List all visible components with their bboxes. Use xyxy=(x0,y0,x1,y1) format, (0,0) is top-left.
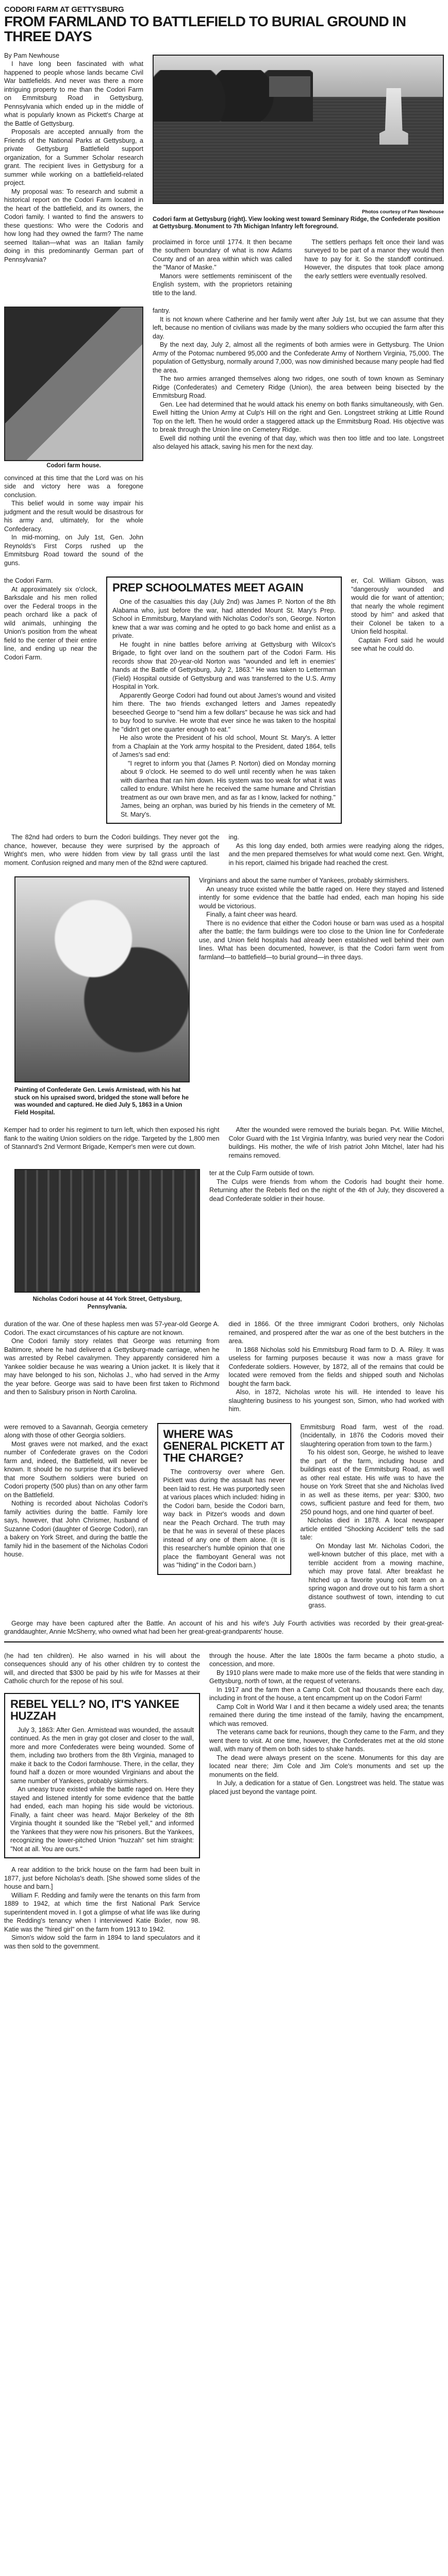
paragraph: Simon's widow sold the farm in 1894 to l… xyxy=(4,1934,200,1951)
paragraph: Camp Colt in World War I and it then bec… xyxy=(209,1703,444,1728)
pickett-box: WHERE WAS GENERAL PICKETT AT THE CHARGE?… xyxy=(157,1423,291,1575)
york-street-house-photo-icon xyxy=(14,1169,200,1293)
paragraph: This belief would in some way impair his… xyxy=(4,499,143,533)
paragraph: The 82nd had orders to burn the Codori b… xyxy=(4,833,220,867)
paragraph: were removed to a Savannah, Georgia ceme… xyxy=(4,1423,148,1440)
paragraph: After the wounded were removed the buria… xyxy=(229,1126,444,1160)
paragraph: duration of the war. One of these haples… xyxy=(4,1320,220,1337)
prep-row: the Codori Farm. At approximately six o'… xyxy=(4,577,444,824)
children-and-box: (he had ten children). He also warned in… xyxy=(4,1652,200,1951)
paragraph: The veterans came back for reunions, tho… xyxy=(209,1728,444,1754)
hero-caption: Codori farm at Gettysburg (right). View … xyxy=(153,216,444,231)
capture-left: duration of the war. One of these haples… xyxy=(4,1320,220,1397)
paragraph: One Codori family story relates that Geo… xyxy=(4,1337,220,1397)
paragraph: proclaimed in force until 1774. It then … xyxy=(153,238,292,272)
mcsherry-row: George may have been captured after the … xyxy=(4,1619,444,1636)
paragraph: Nothing is recorded about Nicholas Codor… xyxy=(4,1499,148,1559)
intro-paragraph: I have long been fascinated with what ha… xyxy=(4,60,143,128)
paragraph: As this long day ended, both armies were… xyxy=(229,842,444,868)
later-column: through the house. After the late 1800s … xyxy=(209,1652,444,1797)
box-title: PREP SCHOOLMATES MEET AGAIN xyxy=(112,582,336,594)
divider xyxy=(4,1641,444,1642)
york-house-figure: Nicholas Codori house at 44 York Street,… xyxy=(14,1169,200,1311)
paragraph: He fought in nine battles before arrivin… xyxy=(112,640,336,691)
paragraph: er, Col. William Gibson, was "dangerousl… xyxy=(351,577,444,636)
paragraph: A rear addition to the brick house on th… xyxy=(4,1866,200,1891)
paragraph: To his oldest son, George, he wished to … xyxy=(301,1448,444,1516)
after-box-row: The 82nd had orders to burn the Codori b… xyxy=(4,833,444,867)
paragraph: the Codori Farm. xyxy=(4,577,97,585)
paragraph: There is no evidence that either the Cod… xyxy=(199,919,444,962)
paragraph: through the house. After the late 1800s … xyxy=(209,1652,444,1669)
paragraph: Nicholas died in 1878. A local newspaper… xyxy=(301,1516,444,1542)
farmhouse-row: Codori farm house. convinced at this tim… xyxy=(4,307,444,567)
paragraph: One of the casualties this day (July 2nd… xyxy=(112,598,336,640)
intro-paragraph: My proposal was: To research and submit … xyxy=(4,188,143,264)
paragraph: Most graves were not marked, and the exa… xyxy=(4,1440,148,1500)
paragraph: The settlers perhaps felt once their lan… xyxy=(305,238,444,281)
prep-schoolmates-box: PREP SCHOOLMATES MEET AGAIN One of the c… xyxy=(106,577,342,824)
paragraph: Apparently George Codori had found out a… xyxy=(112,691,336,734)
paragraph: It is not known where Catherine and her … xyxy=(153,315,444,341)
paragraph: At approximately six o'clock, Barksdale … xyxy=(4,585,97,662)
paragraph: Emmitsburg Road farm, west of the road. … xyxy=(301,1423,444,1449)
paragraph: Also, in 1872, Nicholas wrote his will. … xyxy=(229,1388,444,1414)
paragraph: Manors were settlements reminiscent of t… xyxy=(153,272,292,298)
painting-row: Painting of Confederate Gen. Lewis Armis… xyxy=(4,876,444,1116)
kemper-right: After the wounded were removed the buria… xyxy=(229,1126,444,1160)
paragraph: ing. xyxy=(229,833,444,842)
kemper-left: Kemper had to order his regiment to turn… xyxy=(4,1126,220,1151)
paragraph: In 1868 Nicholas sold his Emmitsburg Roa… xyxy=(229,1346,444,1388)
paragraph: He also wrote the President of his old s… xyxy=(112,734,336,759)
paragraph: George may have been captured after the … xyxy=(4,1619,444,1636)
york-house-row: Nicholas Codori house at 44 York Street,… xyxy=(4,1169,444,1311)
after-box-right: ing. As this long day ended, both armies… xyxy=(229,833,444,867)
chaplain-quote: "I regret to inform you that (James P. N… xyxy=(112,759,336,819)
hero-figure: Photos courtesy of Pam Newhouse Codori f… xyxy=(153,52,444,298)
york-house-caption: Nicholas Codori house at 44 York Street,… xyxy=(14,1296,200,1311)
painting-side-column: Virginians and about the same number of … xyxy=(199,876,444,961)
capture-row: duration of the war. One of these haples… xyxy=(4,1320,444,1414)
barksdale-column: the Codori Farm. At approximately six o'… xyxy=(4,577,97,662)
newspaper-quote: On Monday last Mr. Nicholas Codori, the … xyxy=(301,1542,444,1610)
paragraph: The dead were always present on the scen… xyxy=(209,1754,444,1780)
armistead-painting-icon xyxy=(14,876,190,1082)
below-hero-left: proclaimed in force until 1774. It then … xyxy=(153,238,292,298)
paragraph: July 3, 1863: After Gen. Armistead was w… xyxy=(10,1726,194,1786)
intro-column: By Pam Newhouse I have long been fascina… xyxy=(4,52,143,264)
kemper-row: Kemper had to order his regiment to turn… xyxy=(4,1126,444,1160)
farmhouse-caption: Codori farm house. xyxy=(4,462,143,470)
paragraph: Ewell did nothing until the evening of t… xyxy=(153,434,444,451)
intro-paragraph: Proposals are accepted annually from the… xyxy=(4,128,143,188)
farmhouse-figure: Codori farm house. convinced at this tim… xyxy=(4,307,143,567)
capture-right: died in 1866. Of the three immigrant Cod… xyxy=(229,1320,444,1414)
paragraph: The two armies arranged themselves along… xyxy=(153,375,444,400)
paragraph: fantry. xyxy=(153,307,444,315)
pickett-row: were removed to a Savannah, Georgia ceme… xyxy=(4,1423,444,1610)
paragraph: An uneasy truce existed while the battle… xyxy=(199,885,444,911)
photo-credit: Photos courtesy of Pam Newhouse xyxy=(153,209,444,215)
paragraph: The controversy over where Gen. Pickett … xyxy=(163,1468,285,1570)
newspaper-page: CODORI FARM AT GETTYSBURG FROM FARMLAND … xyxy=(0,0,448,1961)
byline: By Pam Newhouse xyxy=(4,52,143,60)
codori-farm-photo-icon xyxy=(153,55,444,204)
july-column: fantry. It is not known where Catherine … xyxy=(153,307,444,451)
culp-column: ter at the Culp Farm outside of town. Th… xyxy=(209,1169,444,1203)
paragraph: (he had ten children). He also warned in… xyxy=(4,1652,200,1686)
rebel-yell-box: REBEL YELL? NO, IT'S YANKEE HUZZAH July … xyxy=(4,1693,200,1859)
painting-caption: Painting of Confederate Gen. Lewis Armis… xyxy=(14,1087,190,1116)
paragraph: Finally, a faint cheer was heard. xyxy=(199,910,444,919)
article-kicker: CODORI FARM AT GETTYSBURG xyxy=(4,5,444,14)
will-column: Emmitsburg Road farm, west of the road. … xyxy=(301,1423,444,1610)
graves-column: were removed to a Savannah, Georgia ceme… xyxy=(4,1423,148,1559)
paragraph: In July, a dedication for a statue of Ge… xyxy=(209,1779,444,1796)
gibson-column: er, Col. William Gibson, was "dangerousl… xyxy=(351,577,444,653)
below-hero-right: The settlers perhaps felt once their lan… xyxy=(305,238,444,281)
article-headline: FROM FARMLAND TO BATTLEFIELD TO BURIAL G… xyxy=(4,14,444,44)
mcsherry-column: George may have been captured after the … xyxy=(4,1619,444,1636)
paragraph: died in 1866. Of the three immigrant Cod… xyxy=(229,1320,444,1346)
paragraph: ter at the Culp Farm outside of town. xyxy=(209,1169,444,1178)
paragraph: Kemper had to order his regiment to turn… xyxy=(4,1126,220,1151)
paragraph: In 1917 and the farm then a Camp Colt. C… xyxy=(209,1686,444,1703)
after-box-left: The 82nd had orders to burn the Codori b… xyxy=(4,833,220,867)
rebel-row: (he had ten children). He also warned in… xyxy=(4,1652,444,1951)
paragraph: The Culps were friends from whom the Cod… xyxy=(209,1178,444,1204)
painting-figure: Painting of Confederate Gen. Lewis Armis… xyxy=(14,876,190,1116)
paragraph: In mid-morning, on July 1st, Gen. John R… xyxy=(4,533,143,567)
paragraph: William F. Redding and family were the t… xyxy=(4,1891,200,1934)
paragraph: Gen. Lee had determined that he would at… xyxy=(153,400,444,434)
paragraph: Captain Ford said he would see what he c… xyxy=(351,636,444,653)
paragraph: An uneasy truce existed while the battle… xyxy=(10,1785,194,1853)
paragraph: By 1910 plans were made to make more use… xyxy=(209,1669,444,1686)
box-title: REBEL YELL? NO, IT'S YANKEE HUZZAH xyxy=(10,1698,194,1722)
paragraph: convinced at this time that the Lord was… xyxy=(4,474,143,500)
farmhouse-photo-icon xyxy=(4,307,143,461)
paragraph: Virginians and about the same number of … xyxy=(199,876,444,885)
paragraph: By the next day, July 2, almost all the … xyxy=(153,341,444,375)
intro-row: By Pam Newhouse I have long been fascina… xyxy=(4,52,444,298)
box-title: WHERE WAS GENERAL PICKETT AT THE CHARGE? xyxy=(163,1428,285,1464)
